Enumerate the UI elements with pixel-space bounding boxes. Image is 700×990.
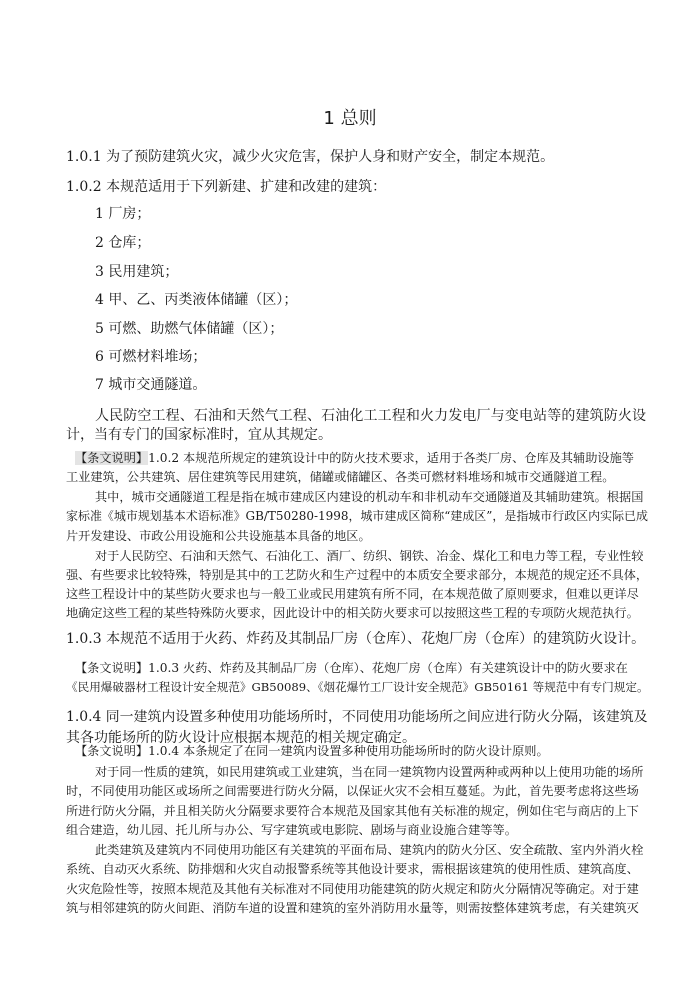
- note-line: 强、有些要求比较特殊，特别是其中的工艺防火和生产过程中的本质安全要求部分，本规范…: [66, 566, 648, 583]
- clause-1-0-4: 1.0.4 同一建筑内设置多种使用功能场所时，不同使用功能场所之间应进行防火分隔…: [66, 705, 648, 725]
- note-label: 【条文说明】: [75, 661, 148, 675]
- note-line: 其中，城市交通隧道工程是指在城市建成区内建设的机动车和非机动车交通隧道及其辅助建…: [95, 488, 643, 505]
- note-1-0-3-first-line: 【条文说明】1.0.3 火药、炸药及其制品厂房（仓库）、花炮厂房（仓库）有关建筑…: [75, 659, 628, 676]
- note-line: 这些工程设计中的某些防火要求也与一般工业或民用建筑有所不同，在本规范做了原则要求…: [66, 585, 639, 602]
- note-line: 《民用爆破器材工程设计安全规范》GB50089、《烟花爆竹工厂设计安全规范》GB…: [66, 679, 649, 695]
- note-line: 所进行防火分隔，并且相关防火分隔要求要符合本规范及国家其他有关标准的规定，例如住…: [66, 802, 639, 819]
- scope-item: 5 可燃、助燃气体储罐（区）；: [95, 318, 283, 338]
- note-line: 筑与相邻建筑的防火间距、消防车道的设置和建筑的室外消防用水量等，则需按整体建筑考…: [66, 899, 639, 916]
- note-line: 系统、自动灭火系统、防排烟和火灾自动报警系统等其他设计要求，需根据该建筑的使用性…: [66, 860, 639, 877]
- document-page: 1 总则 1.0.1 为了预防建筑火灾，减少火灾危害，保护人身和财产安全，制定本…: [0, 0, 700, 990]
- note-1-0-2-first-line: 【条文说明】1.0.2 本规范所规定的建筑设计中的防火技术要求，适用于各类厂房、…: [75, 449, 634, 466]
- scope-item: 6 可燃材料堆场；: [95, 346, 206, 366]
- clause-1-0-3: 1.0.3 本规范不适用于火药、炸药及其制品厂房（仓库）、花炮厂房（仓库）的建筑…: [66, 628, 645, 648]
- note-line: 此类建筑及建筑内不同使用功能区有关建筑的平面布局、建筑内的防火分区、安全疏散、室…: [95, 841, 643, 858]
- note-line: 对于同一性质的建筑，如民用建筑或工业建筑，当在同一建筑物内设置两种或两种以上使用…: [95, 763, 643, 780]
- clause-1-0-1: 1.0.1 为了预防建筑火灾，减少火灾危害，保护人身和财产安全，制定本规范。: [66, 146, 554, 166]
- scope-item: 4 甲、乙、丙类液体储罐（区）；: [95, 289, 297, 309]
- exception-paragraph-line: 人民防空工程、石油和天然气工程、石油化工工程和火力发电厂与变电站等的建筑防火设: [95, 405, 646, 425]
- note-line: 工业建筑，公共建筑、居住建筑等民用建筑，储罐或储罐区、各类可燃材料堆场和城市交通…: [66, 468, 614, 485]
- note-label: 【条文说明】: [75, 451, 148, 465]
- scope-item: 2 仓库；: [95, 232, 150, 252]
- note-line: 时，不同使用功能区或场所之间需要进行防火分隔，以保证火灾不会相互蔓延。为此，首先…: [66, 782, 639, 799]
- note-label: 【条文说明】: [75, 744, 148, 758]
- clause-1-0-2: 1.0.2 本规范适用于下列新建、扩建和改建的建筑：: [66, 176, 386, 196]
- scope-item: 3 民用建筑；: [95, 261, 178, 281]
- scope-item: 1 厂房；: [95, 203, 150, 223]
- chapter-title: 1 总则: [0, 104, 700, 130]
- note-line: 火灾危险性等，按照本规范及其他有关标准对不同使用功能建筑的防火规定和防火分隔情况…: [66, 880, 639, 897]
- exception-paragraph-line: 计，当有专门的国家标准时，宜从其规定。: [66, 424, 332, 444]
- note-line: 组合建造，幼儿园、托儿所与办公、写字建筑或电影院、剧场与商业设施合建等等。: [66, 821, 517, 838]
- note-line: 地确定这些工程的某些特殊防火要求，因此设计中的相关防火要求可以按照这些工程的专项…: [66, 604, 639, 621]
- note-1-0-4-first-line: 【条文说明】1.0.4 本条规定了在同一建筑内设置多种使用功能场所时的防火设计原…: [75, 742, 549, 759]
- note-line: 片开发建设、市政公用设施和公共设施基本具备的地区。: [66, 527, 371, 544]
- scope-item: 7 城市交通隧道。: [95, 374, 206, 394]
- note-line: 家标准《城市规划基本术语标准》GB/T50280-1998，城市建成区简称“建成…: [66, 507, 648, 524]
- note-line: 对于人民防空、石油和天然气、石油化工、酒厂、纺织、钢铁、冶金、煤化工和电力等工程…: [95, 547, 643, 564]
